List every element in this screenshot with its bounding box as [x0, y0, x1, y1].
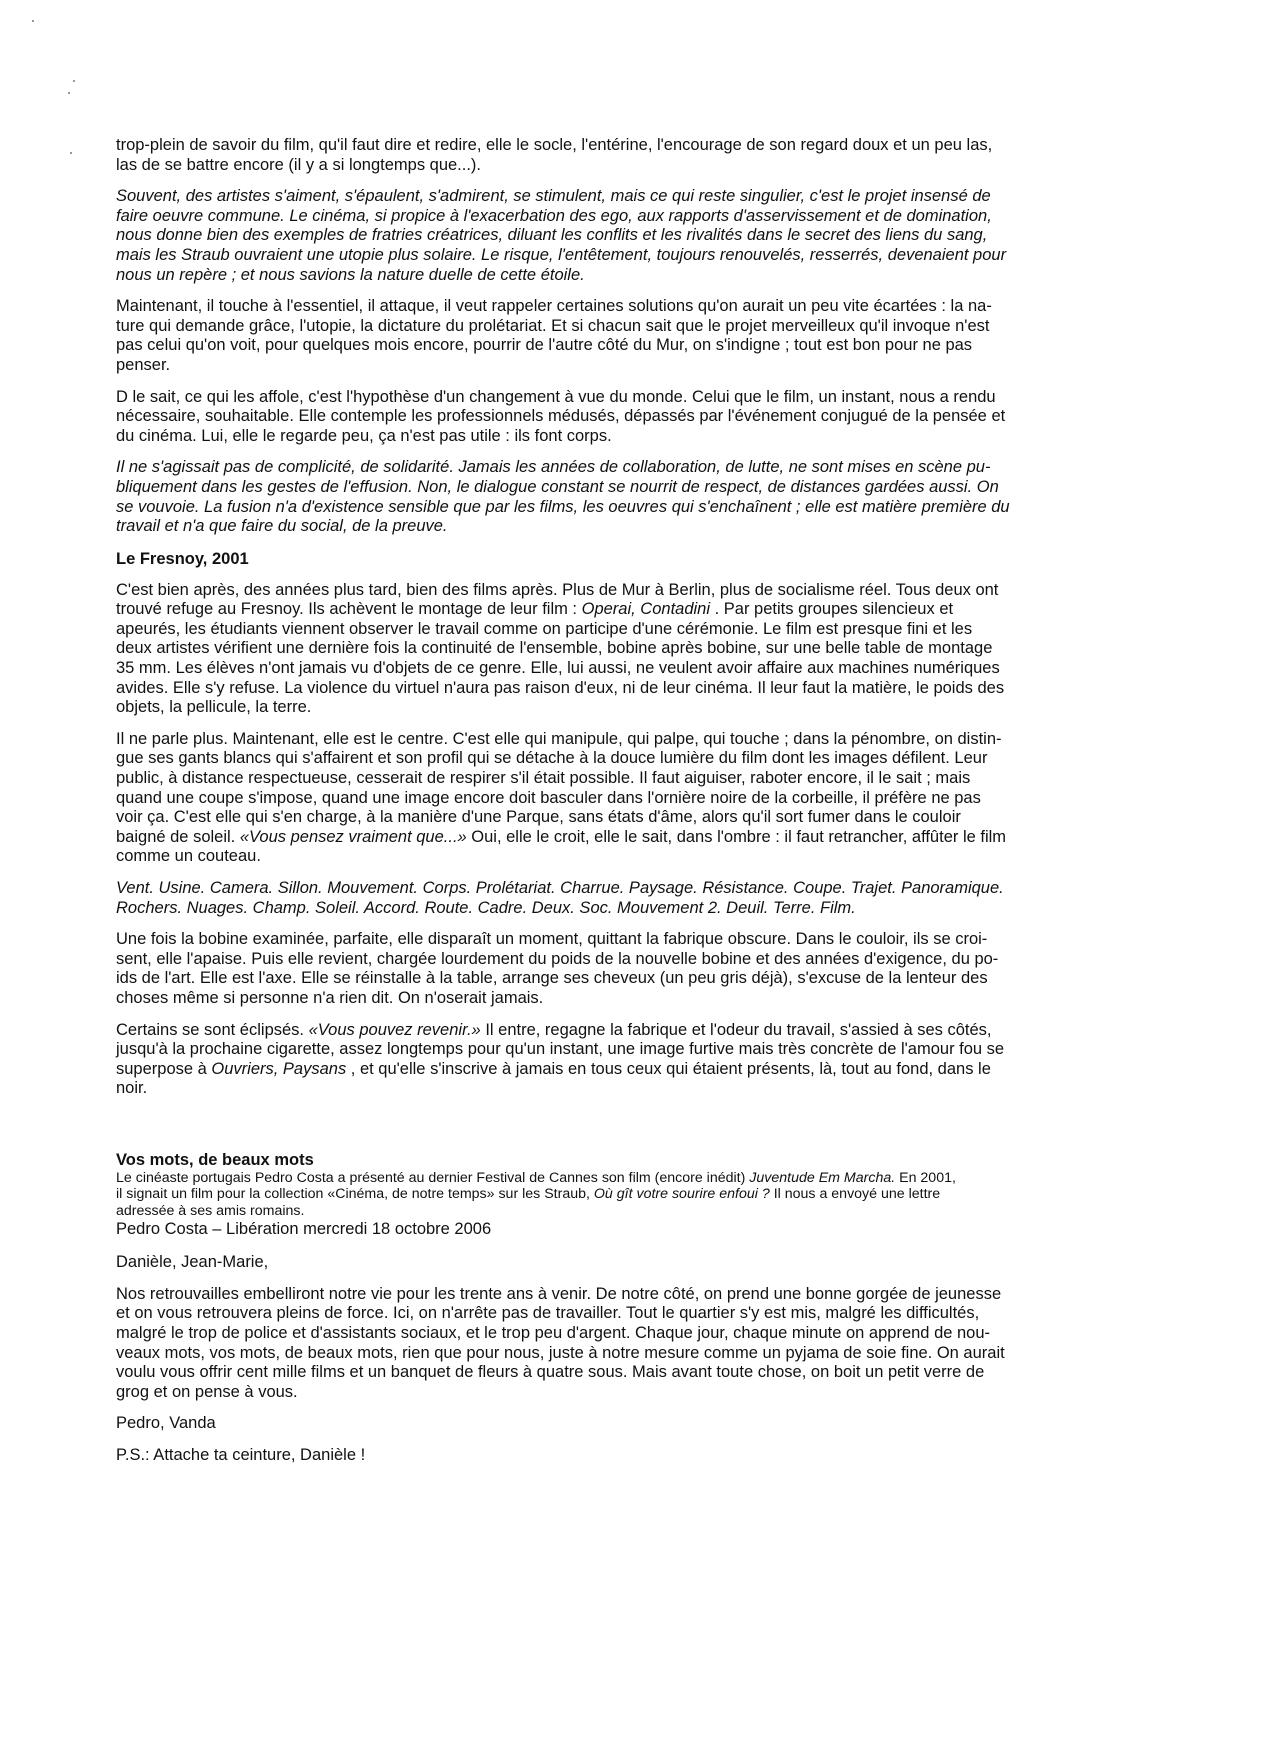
text-line: baigné de soleil. «Vous pensez vraiment …: [116, 828, 1136, 848]
text-line: pas celui qu'on voit, pour quelques mois…: [116, 336, 1136, 356]
quote: «Vous pensez vraiment que...»: [240, 828, 467, 846]
text-line: choses même si personne n'a rien dit. On…: [116, 989, 1136, 1009]
section-heading: Le Fresnoy, 2001: [116, 549, 1136, 569]
text-line: deux artistes vérifient une dernière foi…: [116, 639, 1136, 659]
text-line: D le sait, ce qui les affole, c'est l'hy…: [116, 388, 1136, 408]
text-line: Souvent, des artistes s'aiment, s'épaule…: [116, 187, 1136, 207]
quote: «Vous pouvez revenir.»: [309, 1021, 481, 1039]
section-spacer: [116, 1111, 1136, 1151]
paragraph-9: Une fois la bobine examinée, parfaite, e…: [116, 930, 1136, 1008]
text-line: adressée à ses amis romains.: [116, 1203, 1136, 1219]
article-byline: Pedro Costa – Libération mercredi 18 oct…: [116, 1219, 1136, 1239]
text-line: gue ses gants blancs qui s'affairent et …: [116, 749, 1136, 769]
text-run: Oui, elle le croit, elle le sait, dans l…: [467, 828, 1006, 846]
text-line: Maintenant, il touche à l'essentiel, il …: [116, 297, 1136, 317]
scan-speck: [68, 92, 70, 94]
letter-body: Nos retrouvailles embelliront notre vie …: [116, 1285, 1136, 1403]
text-run: , et qu'elle s'inscrive à jamais en tous…: [346, 1060, 991, 1078]
text-line: malgré le trop de police et d'assistants…: [116, 1324, 1136, 1344]
text-run: Le cinéaste portugais Pedro Costa a prés…: [116, 1170, 749, 1186]
text-run: . Par petits groupes silencieux et: [710, 600, 953, 618]
paragraph-3: Maintenant, il touche à l'essentiel, il …: [116, 297, 1136, 375]
text-line: mais les Straub ouvraient une utopie plu…: [116, 246, 1136, 266]
text-line: Il ne s'agissait pas de complicité, de s…: [116, 458, 1136, 478]
text-line: nécessaire, souhaitable. Elle contemple …: [116, 407, 1136, 427]
text-line: et on vous retrouvera pleins de force. I…: [116, 1304, 1136, 1324]
text-line: trop-plein de savoir du film, qu'il faut…: [116, 136, 1136, 156]
text-line: Vent. Usine. Camera. Sillon. Mouvement. …: [116, 879, 1136, 899]
paragraph-2-italic: Souvent, des artistes s'aiment, s'épaule…: [116, 187, 1136, 285]
text-line: ids de l'art. Elle est l'axe. Elle se ré…: [116, 969, 1136, 989]
text-line: apeurés, les étudiants viennent observer…: [116, 620, 1136, 640]
text-run: trouvé refuge au Fresnoy. Ils achèvent l…: [116, 600, 582, 618]
text-line: se vouvoie. La fusion n'a d'existence se…: [116, 498, 1136, 518]
text-line: trouvé refuge au Fresnoy. Ils achèvent l…: [116, 600, 1136, 620]
text-line: quand une coupe s'impose, quand une imag…: [116, 789, 1136, 809]
text-line: penser.: [116, 356, 1136, 376]
text-run: Il entre, regagne la fabrique et l'odeur…: [481, 1021, 992, 1039]
text-line: noir.: [116, 1079, 1136, 1099]
text-line: faire oeuvre commune. Le cinéma, si prop…: [116, 207, 1136, 227]
text-line: nous donne bien des exemples de fratries…: [116, 226, 1136, 246]
scan-speck: [32, 20, 34, 22]
scan-speck: [70, 152, 72, 154]
paragraph-8-word-list: Vent. Usine. Camera. Sillon. Mouvement. …: [116, 879, 1136, 918]
text-line: du cinéma. Lui, elle le regarde peu, ça …: [116, 427, 1136, 447]
text-line: travail et n'a que faire du social, de l…: [116, 517, 1136, 537]
text-line: objets, la pellicule, la terre.: [116, 698, 1136, 718]
text-line: ture qui demande grâce, l'utopie, la dic…: [116, 317, 1136, 337]
text-line: public, à distance respectueuse, cessera…: [116, 769, 1136, 789]
film-title: Ouvriers, Paysans: [211, 1060, 346, 1078]
text-line: las de se battre encore (il y a si longt…: [116, 156, 1136, 176]
text-line: Une fois la bobine examinée, parfaite, e…: [116, 930, 1136, 950]
text-line: Rochers. Nuages. Champ. Soleil. Accord. …: [116, 899, 1136, 919]
text-line: grog et on pense à vous.: [116, 1383, 1136, 1403]
text-line: veaux mots, vos mots, de beaux mots, rie…: [116, 1344, 1136, 1364]
film-title: Juventude Em Marcha.: [749, 1170, 895, 1186]
text-line: avides. Elle s'y refuse. La violence du …: [116, 679, 1136, 699]
text-run: il signait un film pour la collection «C…: [116, 1186, 594, 1202]
document-page: trop-plein de savoir du film, qu'il faut…: [116, 136, 1136, 1478]
text-line: nous un repère ; et nous savions la natu…: [116, 266, 1136, 286]
film-title: Où gît votre sourire enfoui ?: [594, 1186, 770, 1202]
text-line: Certains se sont éclipsés. «Vous pouvez …: [116, 1021, 1136, 1041]
paragraph-4: D le sait, ce qui les affole, c'est l'hy…: [116, 388, 1136, 447]
text-run: Certains se sont éclipsés.: [116, 1021, 309, 1039]
text-line: jusqu'à la prochaine cigarette, assez lo…: [116, 1040, 1136, 1060]
text-line: comme un couteau.: [116, 847, 1136, 867]
text-line: C'est bien après, des années plus tard, …: [116, 581, 1136, 601]
scan-speck: [73, 80, 75, 82]
text-line: sent, elle l'apaise. Puis elle revient, …: [116, 950, 1136, 970]
paragraph-7: Il ne parle plus. Maintenant, elle est l…: [116, 730, 1136, 867]
text-line: Le cinéaste portugais Pedro Costa a prés…: [116, 1170, 1136, 1186]
text-line: voir ça. C'est elle qui s'en charge, à l…: [116, 808, 1136, 828]
article-intro: Le cinéaste portugais Pedro Costa a prés…: [116, 1170, 1136, 1219]
film-title: Operai, Contadini: [582, 600, 710, 618]
text-line: superpose à Ouvriers, Paysans , et qu'el…: [116, 1060, 1136, 1080]
text-line: Nos retrouvailles embelliront notre vie …: [116, 1285, 1136, 1305]
letter-signature: Pedro, Vanda: [116, 1414, 1136, 1434]
article-heading: Vos mots, de beaux mots: [116, 1151, 1136, 1170]
text-line: il signait un film pour la collection «C…: [116, 1186, 1136, 1202]
text-run: Il nous a envoyé une lettre: [770, 1186, 940, 1202]
paragraph-10: Certains se sont éclipsés. «Vous pouvez …: [116, 1021, 1136, 1099]
letter-postscript: P.S.: Attache ta ceinture, Danièle !: [116, 1446, 1136, 1466]
paragraph-1: trop-plein de savoir du film, qu'il faut…: [116, 136, 1136, 175]
text-run: superpose à: [116, 1060, 211, 1078]
text-line: bliquement dans les gestes de l'effusion…: [116, 478, 1136, 498]
text-run: En 2001,: [895, 1170, 956, 1186]
text-run: baigné de soleil.: [116, 828, 240, 846]
paragraph-6: C'est bien après, des années plus tard, …: [116, 581, 1136, 718]
letter-salutation: Danièle, Jean-Marie,: [116, 1253, 1136, 1273]
text-line: voulu vous offrir cent mille films et un…: [116, 1363, 1136, 1383]
text-line: Il ne parle plus. Maintenant, elle est l…: [116, 730, 1136, 750]
paragraph-5-italic: Il ne s'agissait pas de complicité, de s…: [116, 458, 1136, 536]
text-line: 35 mm. Les élèves n'ont jamais vu d'obje…: [116, 659, 1136, 679]
